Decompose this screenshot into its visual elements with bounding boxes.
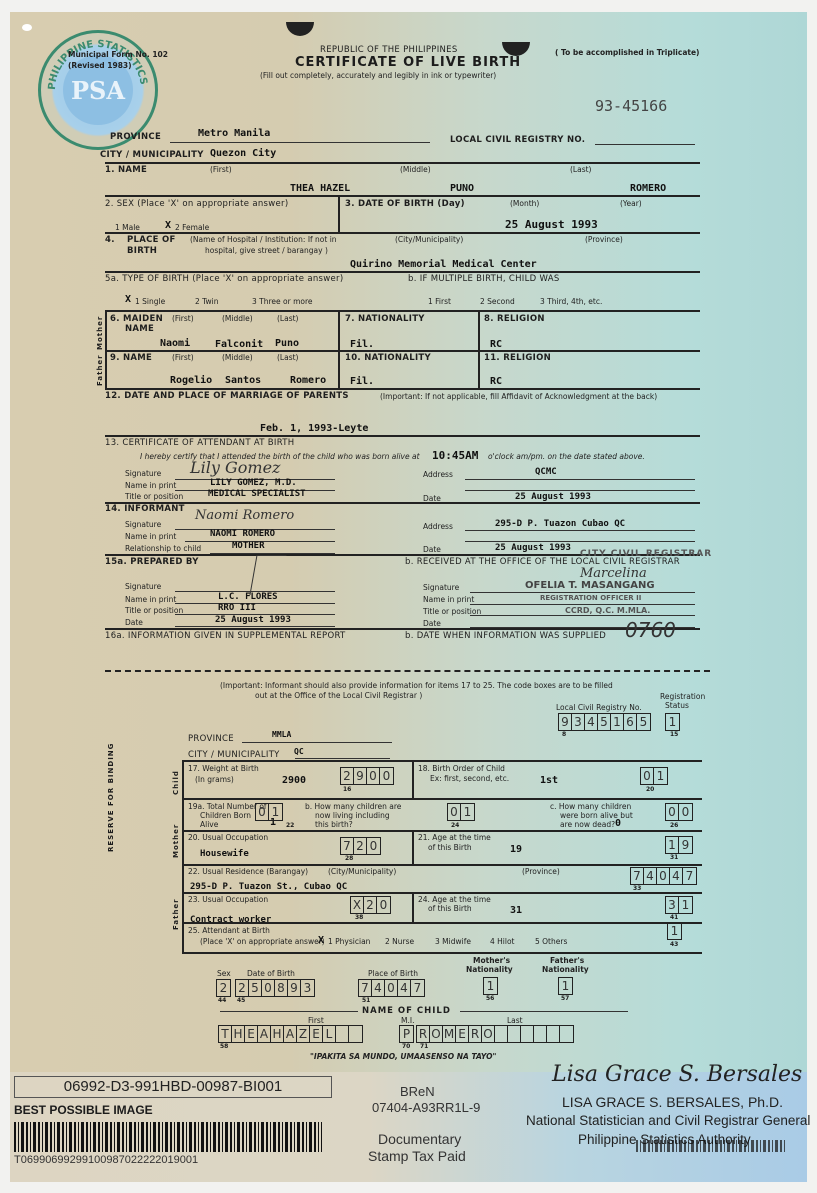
coding-mi-box: P [399, 1025, 414, 1043]
form-revised: (Revised 1983) [68, 61, 132, 70]
father-last-label: (Last) [277, 353, 298, 362]
weight-label: 17. Weight at Birth [188, 764, 259, 773]
dob-label: 3. DATE OF BIRTH (Day) [345, 199, 465, 209]
punch-hole-icon [502, 42, 530, 56]
residence-value: 295-D P. Tuazon St., Cubao QC [190, 882, 347, 892]
mother-age-code: 31 [670, 854, 678, 861]
reserved-important-note-2: out at the Office of the Local Civil Reg… [255, 691, 422, 700]
pob-value: Quirino Memorial Medical Center [350, 259, 537, 270]
last-name-label: (Last) [570, 165, 591, 174]
coding-first-code: 58 [220, 1043, 228, 1050]
city-value: Quezon City [210, 148, 276, 159]
reg-status-box: 1 [665, 713, 680, 731]
weight-value: 2900 [282, 775, 306, 786]
attendant-date: 25 August 1993 [515, 492, 591, 502]
lcr-no-label: LOCAL CIVIL REGISTRY NO. [450, 135, 585, 145]
coding-mother-nat-box: 1 [483, 977, 498, 995]
father-middle-name: Santos [225, 375, 261, 386]
living-label-3: this birth? [315, 820, 353, 829]
mother-last-name: Puno [275, 338, 299, 349]
attendant-option-nurse[interactable]: 2 Nurse [385, 937, 414, 946]
sex-label: 2. SEX (Place 'X' on appropriate answer) [105, 199, 288, 209]
mother-stats-side-label: Mother [172, 822, 180, 858]
residence-city-label: (City/Municipality) [328, 867, 396, 876]
coding-sex-code: 44 [218, 997, 226, 1004]
attendant-option-others[interactable]: 5 Others [535, 937, 567, 946]
prepared-signature-label: Signature [125, 582, 161, 591]
sex-option-female[interactable]: 2 Female [175, 223, 209, 232]
informant-date-label: Date [423, 545, 441, 554]
sex-selected-mark: X [165, 220, 171, 231]
father-religion: RC [490, 376, 502, 387]
received-stamp: CITY CIVIL REGISTRAR [580, 549, 712, 559]
child-first-name: THEA HAZEL [290, 183, 350, 194]
mother-age-label-2: of this Birth [428, 843, 472, 852]
reg-status-label-2: Status [665, 701, 689, 710]
attendant-code: 43 [670, 941, 678, 948]
attendant-signature: Lily Gomez [190, 458, 280, 477]
bren-label: BReN [400, 1084, 435, 1099]
coding-dob-code: 45 [237, 997, 245, 1004]
multiple-birth-label: b. IF MULTIPLE BIRTH, CHILD WAS [408, 274, 560, 284]
child-middle-name: PUNO [450, 183, 474, 194]
mother-side-label: Mother [96, 312, 104, 350]
coding-pob-code: 51 [362, 997, 370, 1004]
received-signature: Marcelina [580, 566, 647, 581]
attendant-box: 1 [667, 922, 682, 940]
residence-label: 22. Usual Residence (Barangay) [188, 867, 308, 876]
sex-option-male[interactable]: 1 Male [115, 223, 140, 232]
reg-status-code: 15 [670, 731, 678, 738]
mother-last-label: (Last) [277, 314, 298, 323]
mother-nationality: Fil. [350, 339, 374, 350]
mother-first-name: Naomi [160, 338, 190, 349]
received-signature-label: Signature [423, 583, 459, 592]
attendant-option-midwife[interactable]: 3 Midwife [435, 937, 471, 946]
informant-address-label: Address [423, 522, 453, 531]
lcr-no-label-bottom: Local Civil Registry No. [556, 703, 642, 712]
coding-pob-boxes: 74047 [358, 979, 425, 997]
coding-last-code: 71 [420, 1043, 428, 1050]
informant-signature: Naomi Romero [195, 508, 294, 523]
weight-code-boxes: 2900 [340, 767, 394, 785]
living-code: 24 [451, 822, 459, 829]
bren-number: 07404-A93RR1L-9 [372, 1100, 480, 1115]
coding-mi-label: M.I. [401, 1016, 414, 1025]
mother-name-label: 6. MAIDEN [110, 314, 163, 324]
child-name-label: 1. NAME [105, 165, 147, 175]
first-name-label: (First) [210, 165, 232, 174]
father-middle-label: (Middle) [222, 353, 253, 362]
father-religion-label: 11. RELIGION [484, 353, 551, 363]
total-born-boxes: 01 [255, 803, 283, 821]
total-born-code: 22 [286, 822, 294, 829]
dead-value: 0 [615, 818, 621, 829]
mother-occupation-code: 28 [345, 855, 353, 862]
multiple-birth-third[interactable]: 3 Third, 4th, etc. [540, 297, 602, 306]
attendant-address-label: Address [423, 470, 453, 479]
total-born-label-2: Children Born [200, 811, 251, 820]
dead-code: 26 [670, 822, 678, 829]
coding-mother-nat-code: 56 [486, 995, 494, 1002]
coding-sex-label: Sex [217, 969, 231, 978]
pob-hint-2: hospital, give street / barangay ) [205, 246, 328, 255]
attendant-title: MEDICAL SPECIALIST [208, 489, 306, 499]
coding-pob-label: Place of Birth [368, 969, 418, 978]
mother-middle-name: Falconit [215, 339, 263, 350]
republic-label: REPUBLIC OF THE PHILIPPINES [320, 45, 458, 55]
form-number: Municipal Form No. 102 [68, 50, 168, 59]
marriage-note: (Important: If not applicable, fill Affi… [380, 392, 657, 401]
dob-year-label: (Year) [620, 199, 642, 208]
coding-last-label: Last [507, 1016, 523, 1025]
mother-first-label: (First) [172, 314, 194, 323]
attendant-address: QCMC [535, 467, 557, 477]
pob-hint: (Name of Hospital / Institution: If not … [190, 235, 337, 244]
informant-relationship-label: Relationship to child [125, 544, 201, 553]
stamp-tax-label: Documentary [378, 1131, 461, 1147]
mother-occupation: Housewife [200, 849, 249, 859]
supplemental-a-label: 16a. INFORMATION GIVEN IN SUPPLEMENTAL R… [105, 631, 346, 641]
father-stats-side-label: Father [172, 894, 180, 930]
father-age: 31 [510, 905, 522, 916]
father-first-name: Rogelio [170, 375, 212, 386]
mother-age: 19 [510, 844, 522, 855]
stamp-tax-label-2: Stamp Tax Paid [368, 1148, 466, 1164]
marriage-label: 12. DATE AND PLACE OF MARRIAGE OF PARENT… [105, 391, 349, 401]
informant-relationship: MOTHER [232, 541, 265, 551]
mother-name-label-2: NAME [125, 324, 154, 334]
coding-name-of-child-label: NAME OF CHILD [362, 1006, 451, 1016]
coding-father-nat-box: 1 [558, 977, 573, 995]
weight-label-2: (In grams) [195, 775, 234, 784]
prepared-name: L.C. FLORES [218, 592, 278, 602]
coding-first-label: First [308, 1016, 324, 1025]
father-occupation: Contract worker [190, 915, 271, 925]
registrar-signature: Lisa Grace S. Bersales [552, 1062, 802, 1087]
dob-month-label: (Month) [510, 199, 539, 208]
birth-order-code: 20 [646, 786, 654, 793]
attendant-title-label: Title or position [125, 492, 183, 501]
lcr-no-boxes: 9345165 [558, 713, 651, 731]
informant-date: 25 August 1993 [495, 543, 571, 553]
barcode-icon [14, 1122, 322, 1152]
hole-icon [22, 24, 32, 31]
father-age-code: 41 [670, 914, 678, 921]
marriage-value: Feb. 1, 1993-Leyte [260, 423, 368, 434]
triplicate-note: ( To be accomplished in Triplicate) [555, 48, 700, 57]
prepared-by-label: 15a. PREPARED BY [105, 557, 199, 567]
reserved-city: QC [294, 747, 304, 756]
father-occupation-label: 23. Usual Occupation [188, 895, 268, 904]
coding-last-name-boxes: ROMERO [416, 1025, 574, 1043]
father-nationality-label: 10. NATIONALITY [345, 353, 431, 363]
dead-label: c. How many children [550, 802, 631, 811]
dead-boxes: 00 [665, 803, 693, 821]
birth-order-value: 1st [540, 775, 558, 786]
father-side-label: Father [96, 352, 104, 386]
multiple-birth-first[interactable]: 1 First [428, 297, 451, 306]
father-first-label: (First) [172, 353, 194, 362]
pob-number: 4. [105, 235, 115, 245]
birth-type-label: 5a. TYPE OF BIRTH (Place 'X' on appropri… [105, 274, 343, 284]
reserved-province-label: PROVINCE [188, 734, 234, 744]
city-label: CITY / MUNICIPALITY [100, 150, 204, 160]
reserve-binding-label: RESERVE FOR BINDING [107, 677, 115, 917]
coding-mother-nat-label: Mother's [473, 956, 510, 965]
pob-label: PLACE OF [127, 235, 176, 245]
attendant-at-birth-label: 25. Attendant at Birth [188, 926, 270, 935]
attendant-at-birth-label-2: (Place 'X' on appropriate answer) [200, 937, 325, 946]
informant-address: 295-D P. Tuazon Cubao QC [495, 519, 625, 529]
birth-type-mark: X [125, 294, 131, 305]
birth-type-twin[interactable]: 2 Twin [195, 297, 218, 306]
informant-name: NAOMI ROMERO [210, 529, 275, 539]
reg-status-label: Registration [660, 692, 705, 701]
multiple-birth-second[interactable]: 2 Second [480, 297, 515, 306]
birth-order-boxes: 01 [640, 767, 668, 785]
mother-religion: RC [490, 339, 502, 350]
certificate-title: CERTIFICATE OF LIVE BIRTH [295, 55, 521, 70]
child-last-name: ROMERO [630, 183, 666, 194]
residence-boxes: 74047 [630, 867, 697, 885]
received-name: OFELIA T. MASANGANG [525, 580, 655, 591]
micro-barcode-icon [636, 1140, 786, 1152]
punch-hole-icon [286, 22, 314, 36]
mother-occupation-boxes: 720 [340, 837, 381, 855]
registry-number-stamp: 93-45166 [595, 97, 667, 115]
residence-province-label: (Province) [522, 867, 560, 876]
reserved-city-label: CITY / MUNICIPALITY [188, 750, 280, 760]
attendant-signature-label: Signature [125, 469, 161, 478]
prepared-name-label: Name in print [125, 595, 176, 604]
father-last-name: Romero [290, 375, 326, 386]
father-occupation-boxes: X20 [350, 896, 391, 914]
received-title: REGISTRATION OFFICER II [540, 594, 641, 602]
prepared-date: 25 August 1993 [215, 615, 291, 625]
mother-age-boxes: 19 [665, 836, 693, 854]
weight-code: 16 [343, 786, 351, 793]
mother-nationality-label: 7. NATIONALITY [345, 314, 425, 324]
pob-province-label: (Province) [585, 235, 623, 244]
total-born-label-3: Alive [200, 820, 218, 829]
received-name-label: Name in print [423, 595, 474, 604]
coding-mi-code: 70 [402, 1043, 410, 1050]
dead-label-3: are now dead? [560, 820, 615, 829]
prepared-title: RRO III [218, 603, 256, 613]
dead-label-2: were born alive but [560, 811, 633, 820]
barcode-number: T06990699299100987022222019001 [14, 1154, 198, 1166]
living-label: b. How many children are [305, 802, 401, 811]
coding-dob-label: Date of Birth [247, 969, 295, 978]
mother-occupation-label: 20. Usual Occupation [188, 833, 268, 842]
coding-father-nat-label: Father's [550, 956, 584, 965]
father-occupation-code: 38 [355, 914, 363, 921]
birth-order-label: 18. Birth Order of Child [418, 764, 505, 773]
informant-name-label: Name in print [125, 532, 176, 541]
child-side-label: Child [172, 767, 180, 795]
prepared-date-label: Date [125, 618, 143, 627]
father-age-boxes: 31 [665, 896, 693, 914]
living-label-2: now living including [315, 811, 390, 820]
coding-father-nat-label-2: Nationality [542, 965, 589, 974]
birth-type-single[interactable]: 1 Single [135, 297, 165, 306]
attendant-at-birth-mark: X [318, 935, 324, 946]
coding-dob-boxes: 250893 [235, 979, 315, 997]
residence-code: 33 [633, 885, 641, 892]
prepared-signature-scribble [249, 555, 286, 595]
informant-label: 14. INFORMANT [105, 504, 185, 514]
coding-mother-nat-label-2: Nationality [466, 965, 513, 974]
pob-city-label: (City/Municipality) [395, 235, 463, 244]
fill-instruction: (Fill out completely, accurately and leg… [260, 71, 496, 80]
living-boxes: 01 [447, 803, 475, 821]
province-value: Metro Manila [198, 128, 270, 139]
mother-middle-label: (Middle) [222, 314, 253, 323]
reserved-important-note: (Important: Informant should also provid… [220, 681, 613, 690]
birth-order-label-2: Ex: first, second, etc. [430, 774, 509, 783]
attendant-name: LILY GOMEZ, M.D. [210, 478, 297, 488]
received-date-label: Date [423, 619, 441, 628]
received-title-2: CCRD, Q.C. M.MLA. [565, 606, 650, 615]
birth-type-three-or-more[interactable]: 3 Three or more [252, 297, 313, 306]
registrar-title: National Statistician and Civil Registra… [526, 1113, 810, 1128]
best-possible-image-label: BEST POSSIBLE IMAGE [14, 1103, 153, 1117]
control-number: 06992-D3-991HBD-00987-BI001 [14, 1076, 332, 1098]
middle-name-label: (Middle) [400, 165, 431, 174]
attendant-name-label: Name in print [125, 481, 176, 490]
security-footer: 06992-D3-991HBD-00987-BI001 BEST POSSIBL… [0, 1060, 817, 1193]
registrar-name: LISA GRACE S. BERSALES, Ph.D. [562, 1094, 783, 1110]
birth-certificate-sheet: PHILIPPINE STATISTICS AUTHORITY PSA Muni… [10, 12, 807, 1182]
father-name-label: 9. NAME [110, 353, 152, 363]
attendant-option-hilot[interactable]: 4 Hilot [490, 937, 515, 946]
coding-sex-box: 2 [216, 979, 231, 997]
mother-religion-label: 8. RELIGION [484, 314, 545, 324]
father-nationality: Fil. [350, 376, 374, 387]
supplemental-stamp-number: 0760 [625, 618, 676, 642]
reserved-province: MMLA [272, 730, 291, 739]
pob-label-2: BIRTH [127, 246, 157, 256]
coding-father-nat-code: 57 [561, 995, 569, 1002]
mother-age-label: 21. Age at the time [418, 833, 491, 842]
attendant-option-physician[interactable]: 1 Physician [328, 937, 370, 946]
coding-first-name-boxes: THEAHAZEL [218, 1025, 363, 1043]
father-age-label-2: of this Birth [428, 904, 472, 913]
informant-signature-label: Signature [125, 520, 161, 529]
supplemental-b-label: b. DATE WHEN INFORMATION WAS SUPPLIED [405, 631, 606, 641]
dob-value: 25 August 1993 [505, 218, 598, 231]
father-age-label: 24. Age at the time [418, 895, 491, 904]
attendant-label: 13. CERTIFICATE OF ATTENDANT AT BIRTH [105, 438, 294, 448]
province-label: PROVINCE [110, 132, 161, 142]
attendant-birth-time: 10:45AM [432, 449, 478, 462]
attendant-certify-end: o'clock am/pm. on the date stated above. [488, 452, 645, 461]
lcr-code: 8 [562, 731, 566, 738]
